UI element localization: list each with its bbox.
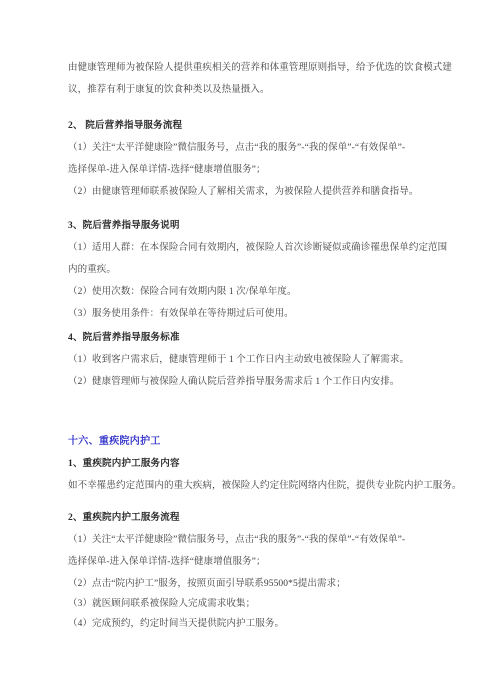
text-line: （2）由健康管理师联系被保险人了解相关需求，为被保险人提供营养和膳食指导。 — [68, 181, 430, 203]
list-item-flow-step-1: （1）关注“太平洋健康险”微信服务号，点击“我的服务”-“我的保单”-“有效保单… — [68, 137, 430, 181]
chapter-heading-inpatient-care: 十六、重疾院内护工 — [68, 431, 430, 453]
document-page: 由健康管理师为被保险人提供重疾相关的营养和体重管理原则指导，给予优选的饮食模式建… — [0, 0, 495, 700]
paragraph-nutrition-guidance-intro: 由健康管理师为被保险人提供重疾相关的营养和体重管理原则指导，给予优选的饮食模式建… — [68, 57, 430, 101]
heading-care-service-content: 1、重疾院内护工服务内容 — [68, 453, 430, 475]
list-item-care-flow-step-4: （4）完成预约，约定时间当天提供院内护工服务。 — [68, 613, 430, 635]
list-item-care-flow-step-1: （1）关注“太平洋健康险”微信服务号，点击“我的服务”-“我的保单”-“有效保单… — [68, 529, 430, 573]
text-line: （1）适用人群：在本保险合同有效期内，被保险人首次诊断疑似或确诊罹患保单约定范围 — [68, 237, 430, 259]
heading-text: 4、院后营养指导服务标准 — [68, 327, 430, 349]
paragraph-care-service-content: 如不幸罹患约定范围内的重大疾病，被保险人约定住院网络内住院，提供专业院内护工服务… — [68, 475, 430, 497]
text-line: （2）健康管理师与被保险人确认院后营养指导服务需求后 1 个工作日内安排。 — [68, 371, 430, 393]
heading-nutrition-service-standard: 4、院后营养指导服务标准 — [68, 327, 430, 349]
text-line: （1）关注“太平洋健康险”微信服务号，点击“我的服务”-“我的保单”-“有效保单… — [68, 137, 430, 159]
list-item-flow-step-2: （2）由健康管理师联系被保险人了解相关需求，为被保险人提供营养和膳食指导。 — [68, 181, 430, 203]
list-item-description-1: （1）适用人群：在本保险合同有效期内，被保险人首次诊断疑似或确诊罹患保单约定范围… — [68, 237, 430, 281]
heading-text: 2、 院后营养指导服务流程 — [68, 115, 430, 137]
text-line: （2）使用次数：保险合同有效期内限 1 次/保单年度。 — [68, 281, 430, 303]
text-line: 内的重疾。 — [68, 259, 430, 281]
text-line: （2）点击“院内护工”服务，按照页面引导联系95500*5提出需求； — [68, 573, 430, 595]
text-line: 选择保单-进入保单详情-选择“健康增值服务”； — [68, 159, 430, 181]
heading-nutrition-service-flow: 2、 院后营养指导服务流程 — [68, 115, 430, 137]
text-line: （3）服务使用条件：有效保单在等待期过后可使用。 — [68, 303, 430, 325]
text-line: 选择保单-进入保单详情-选择“健康增值服务”； — [68, 551, 430, 573]
chapter-heading-text: 十六、重疾院内护工 — [68, 431, 430, 453]
text-line: （1）关注“太平洋健康险”微信服务号，点击“我的服务”-“我的保单”-“有效保单… — [68, 529, 430, 551]
list-item-care-flow-step-3: （3）就医顾问联系被保险人完成需求收集； — [68, 593, 430, 615]
list-item-standard-2: （2）健康管理师与被保险人确认院后营养指导服务需求后 1 个工作日内安排。 — [68, 371, 430, 393]
text-line: 议，推荐有利于康复的饮食种类以及热量摄入。 — [68, 79, 430, 101]
heading-text: 2、重疾院内护工服务流程 — [68, 507, 430, 529]
heading-text: 3、院后营养指导服务说明 — [68, 215, 430, 237]
text-line: 如不幸罹患约定范围内的重大疾病，被保险人约定住院网络内住院，提供专业院内护工服务… — [68, 475, 430, 497]
list-item-description-2: （2）使用次数：保险合同有效期内限 1 次/保单年度。 — [68, 281, 430, 303]
list-item-description-3: （3）服务使用条件：有效保单在等待期过后可使用。 — [68, 303, 430, 325]
list-item-care-flow-step-2: （2）点击“院内护工”服务，按照页面引导联系95500*5提出需求； — [68, 573, 430, 595]
heading-care-service-flow: 2、重疾院内护工服务流程 — [68, 507, 430, 529]
list-item-standard-1: （1）收到客户需求后，健康管理师于 1 个工作日内主动致电被保险人了解需求。 — [68, 349, 430, 371]
text-line: （1）收到客户需求后，健康管理师于 1 个工作日内主动致电被保险人了解需求。 — [68, 349, 430, 371]
heading-nutrition-service-description: 3、院后营养指导服务说明 — [68, 215, 430, 237]
text-line: （4）完成预约，约定时间当天提供院内护工服务。 — [68, 613, 430, 635]
heading-text: 1、重疾院内护工服务内容 — [68, 453, 430, 475]
text-line: （3）就医顾问联系被保险人完成需求收集； — [68, 593, 430, 615]
text-line: 由健康管理师为被保险人提供重疾相关的营养和体重管理原则指导，给予优选的饮食模式建 — [68, 57, 430, 79]
